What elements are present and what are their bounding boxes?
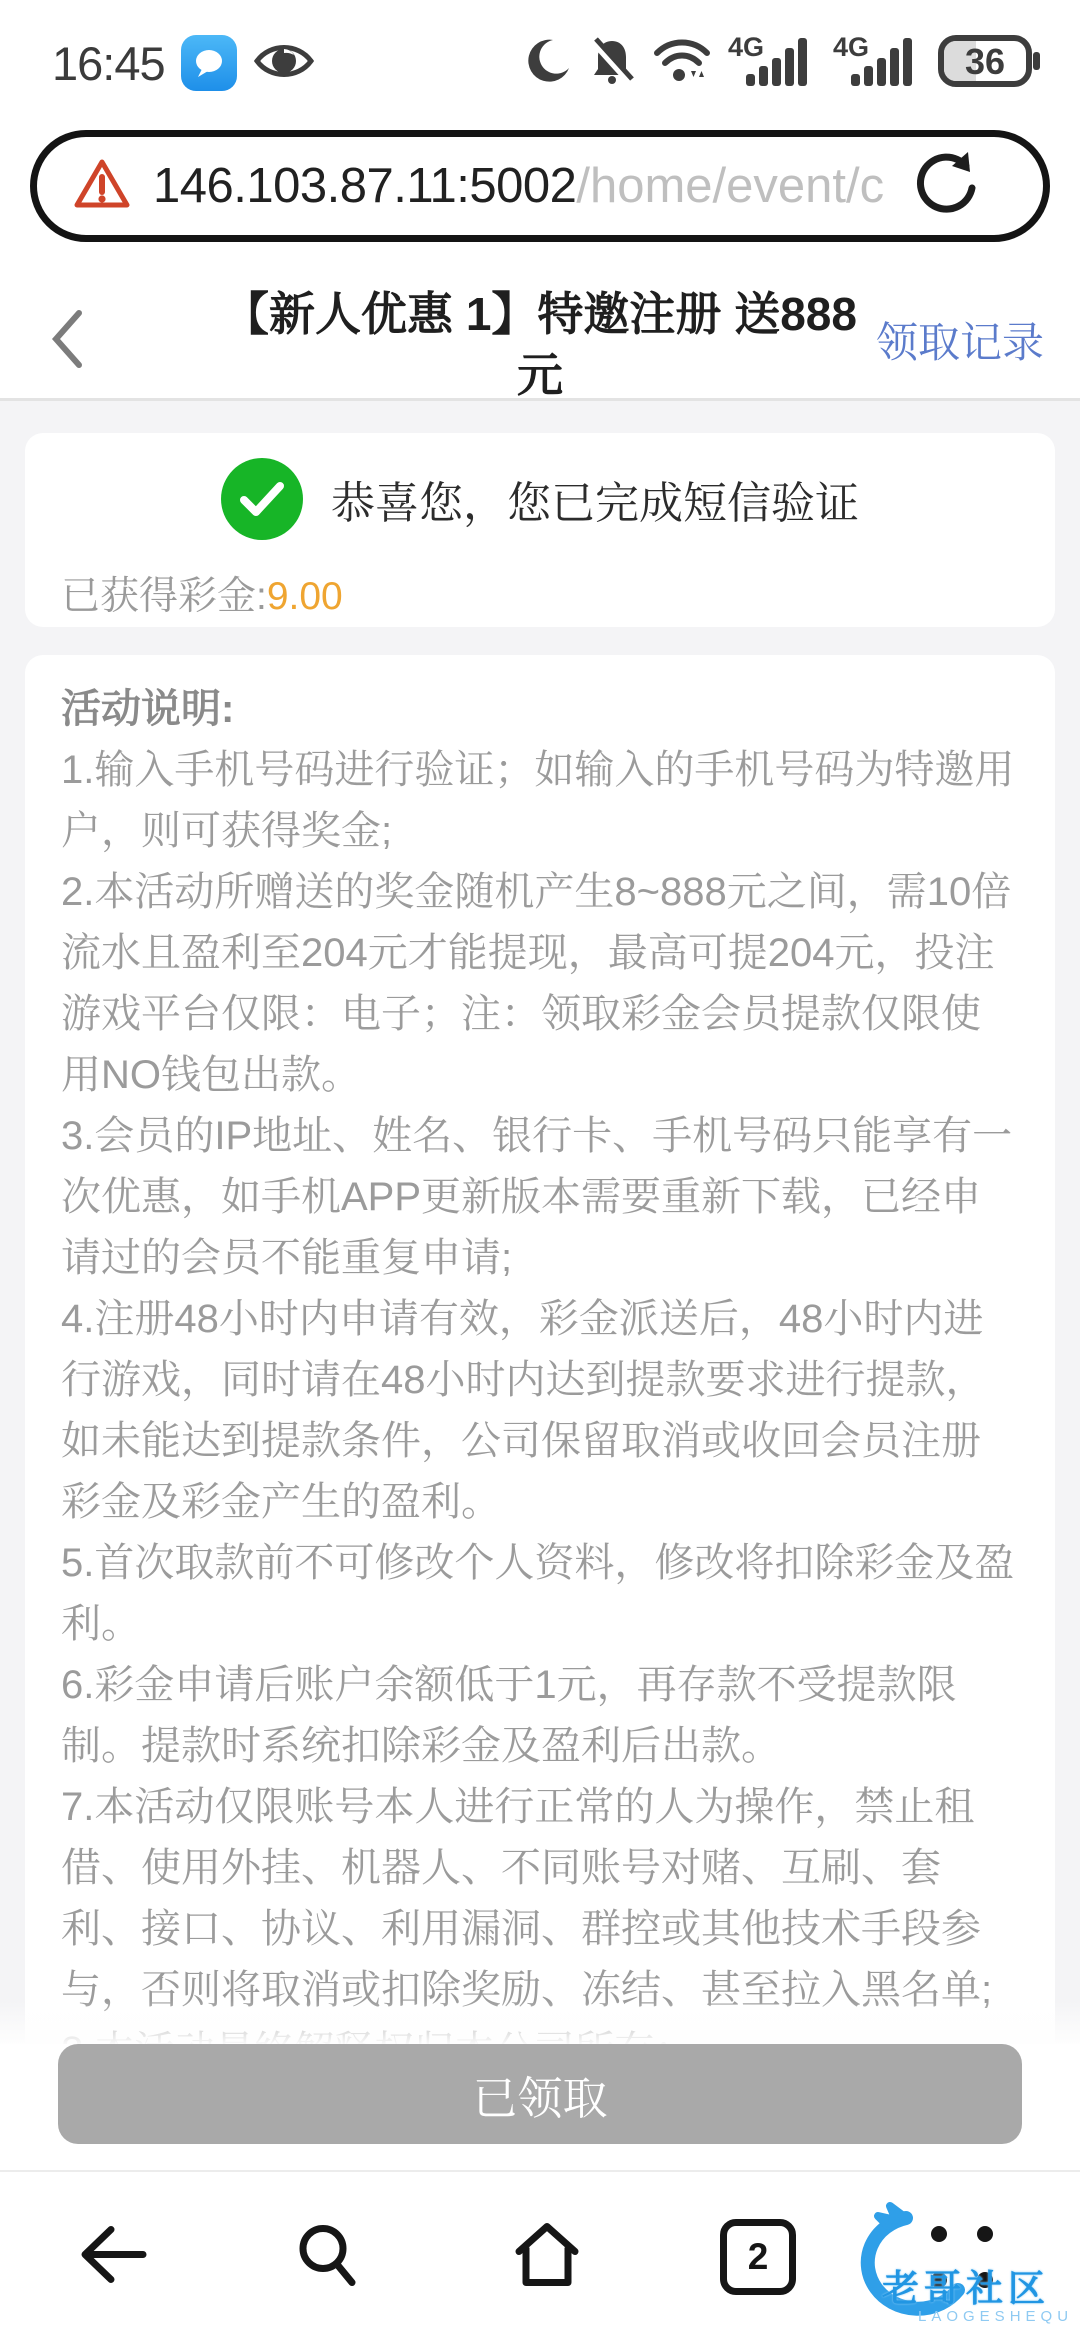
- bonus-row: 已获得彩金:9.00: [61, 565, 1019, 621]
- scroll-fade-overlay: [0, 2000, 1080, 2046]
- rule-item: 7.本活动仅限账号本人进行正常的人为操作，禁止租借、使用外挂、机器人、不同账号对…: [61, 1777, 1019, 2021]
- browser-nav-bar: 2: [0, 2170, 1080, 2340]
- wifi-icon: [653, 37, 711, 90]
- svg-text:4G: 4G: [833, 32, 869, 62]
- url-path: /home/event/c: [576, 158, 906, 214]
- menu-dots-icon: [931, 2226, 993, 2288]
- nav-menu-button[interactable]: [931, 2226, 993, 2288]
- nav-tabs-button[interactable]: 2: [720, 2219, 796, 2295]
- url-host: 146.103.87.11:5002: [153, 158, 576, 214]
- success-message: 恭喜您，您已完成短信验证: [331, 467, 859, 531]
- svg-text:4G: 4G: [728, 32, 764, 62]
- signal-4g-icon: 4G: [833, 32, 921, 95]
- rule-item: 6.彩金申请后账户余额低于1元，再存款不受提款限制。提款时系统扣除彩金及盈利后出…: [61, 1655, 1019, 1777]
- status-bar: 16:45 4G: [0, 0, 1080, 112]
- battery-icon: 36: [938, 31, 1042, 96]
- nav-home-button[interactable]: [511, 2220, 583, 2295]
- rule-item: 4.注册48小时内申请有效，彩金派送后，48小时内进行游戏，同时请在48小时内达…: [61, 1289, 1019, 1533]
- bell-muted-icon: [588, 37, 636, 90]
- browser-url-row: 146.103.87.11:5002 /home/event/c: [0, 112, 1080, 272]
- nav-back-button[interactable]: [75, 2222, 151, 2293]
- page-title: 【新人优惠 1】特邀注册 送888元: [220, 284, 860, 406]
- clock: 16:45: [52, 36, 165, 91]
- nav-search-button[interactable]: [294, 2221, 362, 2294]
- claim-records-link[interactable]: 领取记录: [876, 310, 1044, 370]
- bottom-action-bar: 已领取: [0, 2044, 1080, 2170]
- rule-item: 5.首次取款前不可修改个人资料，修改将扣除彩金及盈利。: [61, 1533, 1019, 1655]
- back-chevron-button[interactable]: [48, 306, 86, 377]
- claimed-button[interactable]: 已领取: [58, 2044, 1022, 2144]
- rule-item: 3.会员的IP地址、姓名、银行卡、手机号码只能享有一次优惠，如手机APP更新版本…: [61, 1106, 1019, 1289]
- rule-item: 2.本活动所赠送的奖金随机产生8~888元之间，需10倍流水且盈利至204元才能…: [61, 862, 1019, 1106]
- signal-4g-icon: 4G: [728, 32, 816, 95]
- eye-icon: [253, 39, 315, 88]
- rule-item: 1.输入手机号码进行验证；如输入的手机号码为特邀用户，则可获得奖金;: [61, 740, 1019, 862]
- page-header: 【新人优惠 1】特邀注册 送888元 领取记录: [0, 272, 1080, 398]
- success-check-icon: [221, 458, 303, 540]
- sms-result-card: 恭喜您，您已完成短信验证 已获得彩金:9.00: [25, 433, 1055, 627]
- rules-title: 活动说明:: [61, 679, 1019, 740]
- tab-count-badge: 2: [720, 2219, 796, 2295]
- bonus-label: 已获得彩金:: [61, 575, 267, 618]
- bonus-amount: 9.00: [267, 575, 343, 618]
- message-icon: [181, 35, 237, 91]
- reload-button[interactable]: [912, 148, 984, 225]
- url-bar[interactable]: 146.103.87.11:5002 /home/event/c: [30, 130, 1050, 242]
- ssl-warning-icon: [73, 157, 131, 216]
- moon-icon: [525, 38, 571, 89]
- svg-text:36: 36: [965, 41, 1005, 82]
- activity-rules-card: 活动说明: 1.输入手机号码进行验证；如输入的手机号码为特邀用户，则可获得奖金;…: [25, 655, 1055, 2112]
- phone-screen: 16:45 4G: [0, 0, 1080, 2340]
